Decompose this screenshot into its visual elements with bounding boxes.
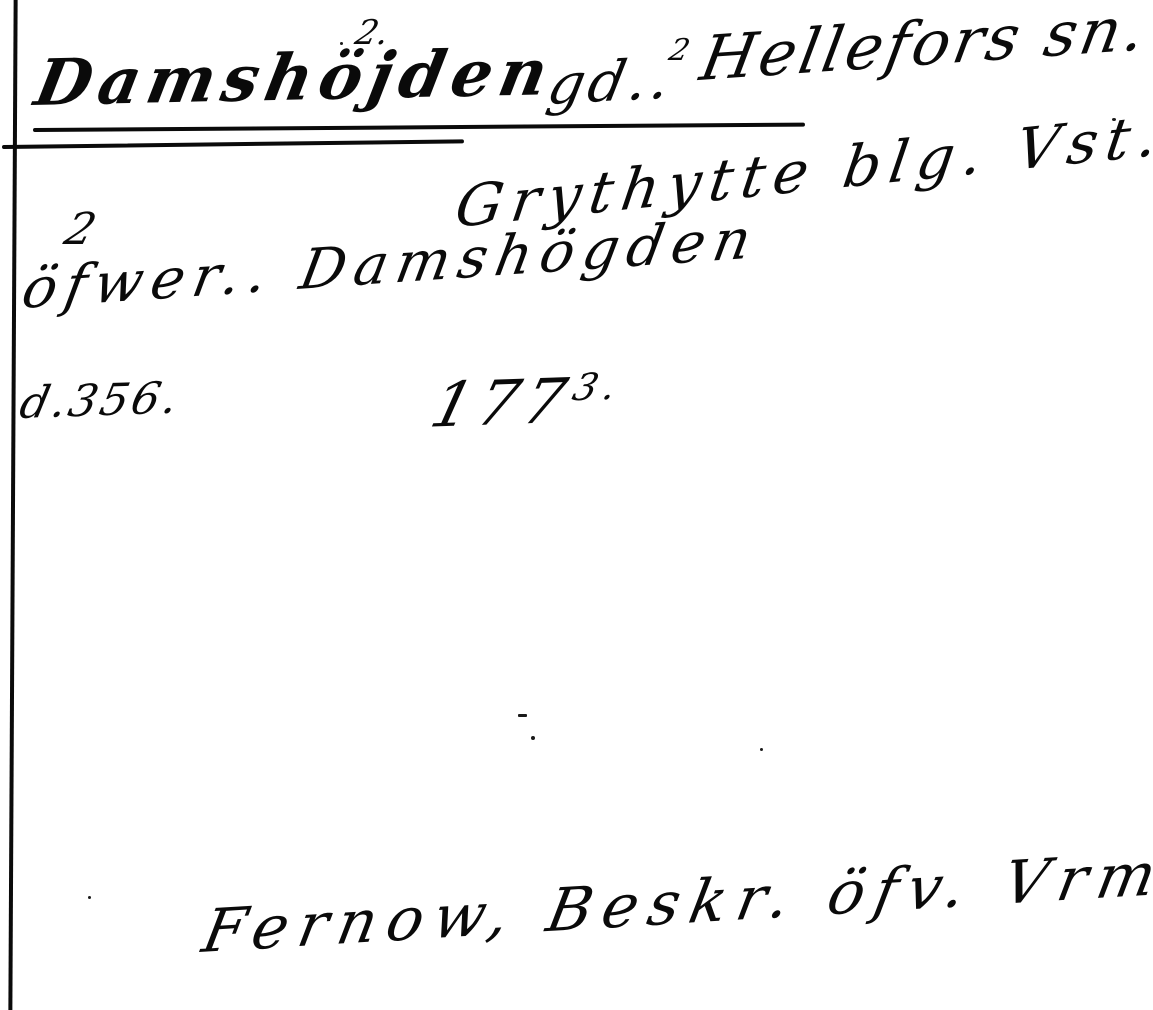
umlaut-curl-mark-ofwer: 2 [60, 208, 101, 252]
left-margin-rule [8, 0, 17, 1010]
page-reference: d.356. [16, 377, 185, 426]
scan-speck [1112, 118, 1116, 121]
scan-speck [340, 42, 343, 45]
year: 1773. [425, 368, 626, 437]
reference-line: öfwer.. Damshögden [18, 212, 763, 318]
source-citation: Fernow, Beskr. öfv. Vrm. [198, 842, 1153, 962]
scan-speck [518, 714, 527, 717]
parish-name: Hellefors sn. [696, 0, 1153, 90]
scan-speck [88, 896, 91, 899]
heading-underline-upper [33, 123, 805, 132]
scan-speck [531, 736, 535, 740]
year-main: 177 [424, 364, 580, 442]
handwritten-index-card: Damshöjden 2. gd.. 2 Hellefors sn. Gryth… [0, 0, 1153, 1010]
place-name-heading: Damshöjden [30, 41, 560, 116]
year-superscript: 3. [568, 364, 627, 410]
scan-speck [760, 748, 763, 751]
designation-abbrev: gd.. [543, 52, 679, 114]
query-mark-designation: 2 [666, 36, 693, 66]
heading-underline-lower [2, 139, 464, 149]
